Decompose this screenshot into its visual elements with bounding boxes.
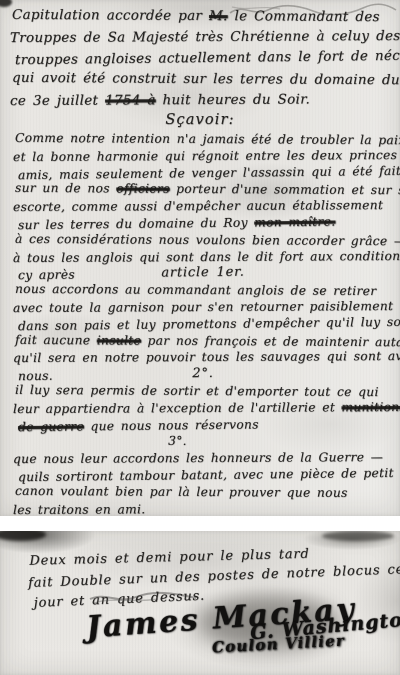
manuscript-text: il luy sera permis de sortir et d'emport… [15, 383, 379, 399]
manuscript-text: escorte, comme aussi d'empêcher aucun ét… [13, 198, 383, 214]
struck-word: 1754 à [105, 93, 156, 108]
manuscript-line: les traitons en ami. [13, 500, 398, 516]
struck-word: officiers [116, 182, 170, 196]
manuscript-line: Comme notre intention n'a jamais été de … [15, 130, 400, 149]
manuscript-text: Trouppes de Sa Majesté très Chrétienne à… [10, 29, 400, 46]
manuscript-text: amis, mais seulement de venger l'assassi… [18, 163, 400, 182]
savoir-heading: Sçavoir: [0, 111, 400, 129]
manuscript-text: sur un de nos [15, 181, 116, 196]
article-heading: 3°. [168, 434, 187, 448]
manuscript-text: et la bonne harmonie qui régnoit entre l… [13, 148, 400, 164]
body-block: Comme notre intention n'a jamais été de … [0, 129, 400, 516]
manuscript-text: trouppes angloises actuellement dans le … [15, 48, 400, 68]
manuscript-line: à ces considérations nous voulons bien a… [15, 231, 400, 250]
manuscript-text: qu'il sera en notre pouvoir tous les sau… [13, 349, 400, 365]
torn-edge-left [0, 531, 46, 541]
manuscript-text: dans son pais et luy promettons d'empêch… [18, 314, 400, 332]
manuscript-text: que nous nous réservons [84, 417, 259, 433]
struck-word: insulte [97, 333, 141, 347]
manuscript-text: nous accordons au commandant anglois de … [15, 282, 377, 298]
manuscript-page-signatures: Deux mois et demi pour le plus tardfait … [0, 531, 400, 675]
manuscript-text: fait aucune [15, 332, 97, 346]
manuscript-text: canon voulant bien par là leur prouver q… [15, 484, 348, 500]
manuscript-text: huit heures du Soir. [156, 92, 310, 108]
manuscript-line: canon voulant bien par là leur prouver q… [15, 483, 400, 502]
manuscript-text: sur les terres du domaine du Roy [18, 215, 254, 232]
torn-edge-right [322, 531, 394, 541]
manuscript-text: à tous les anglois qui sont dans le dit … [13, 249, 400, 265]
manuscript-text: leur appartiendra à l'exception de l'art… [13, 400, 342, 416]
manuscript-text: par nos françois et de maintenir autant [141, 333, 400, 349]
manuscript-line: ce 3e juillet 1754 à huit heures du Soir… [10, 89, 398, 112]
manuscript-text: Comme notre intention n'a jamais été de … [15, 131, 400, 147]
manuscript-text: quils sortiront tambour batant, avec une… [18, 466, 394, 484]
manuscript-text: porteur d'une sommation et sur son [170, 182, 400, 198]
manuscript-line: il luy sera permis de sortir et d'emport… [15, 382, 400, 401]
struck-word: mon maître. [254, 215, 335, 230]
manuscript-line: Capitulation accordée par M. le Commanda… [12, 5, 400, 28]
opening-block: Capitulation accordée par M. le Commanda… [0, 0, 400, 111]
document-scan: Capitulation accordée par M. le Commanda… [0, 0, 400, 675]
struck-word: munitions [341, 400, 400, 414]
struck-word: M. [209, 9, 228, 24]
manuscript-text: les traitons en ami. [13, 502, 146, 516]
manuscript-line: qui avoit été construit sur les terres d… [12, 68, 400, 91]
manuscript-line: nous accordons au commandant anglois de … [15, 281, 400, 300]
manuscript-text: avec toute la garnison pour s'en retourn… [13, 299, 393, 315]
manuscript-text: à ces considérations nous voulons bien a… [15, 232, 400, 248]
manuscript-text: qui avoit été construit sur les terres d… [12, 71, 400, 89]
manuscript-text: le Commandant des [228, 9, 380, 25]
manuscript-text: que nous leur accordons les honneurs de … [13, 450, 383, 466]
manuscript-text: Capitulation accordée par [12, 8, 209, 24]
manuscript-text: ce 3e juillet [10, 94, 105, 109]
screenshot-root: { "document": { "kind": "handwritten man… [0, 0, 400, 675]
manuscript-page-main: Capitulation accordée par M. le Commanda… [0, 0, 400, 516]
